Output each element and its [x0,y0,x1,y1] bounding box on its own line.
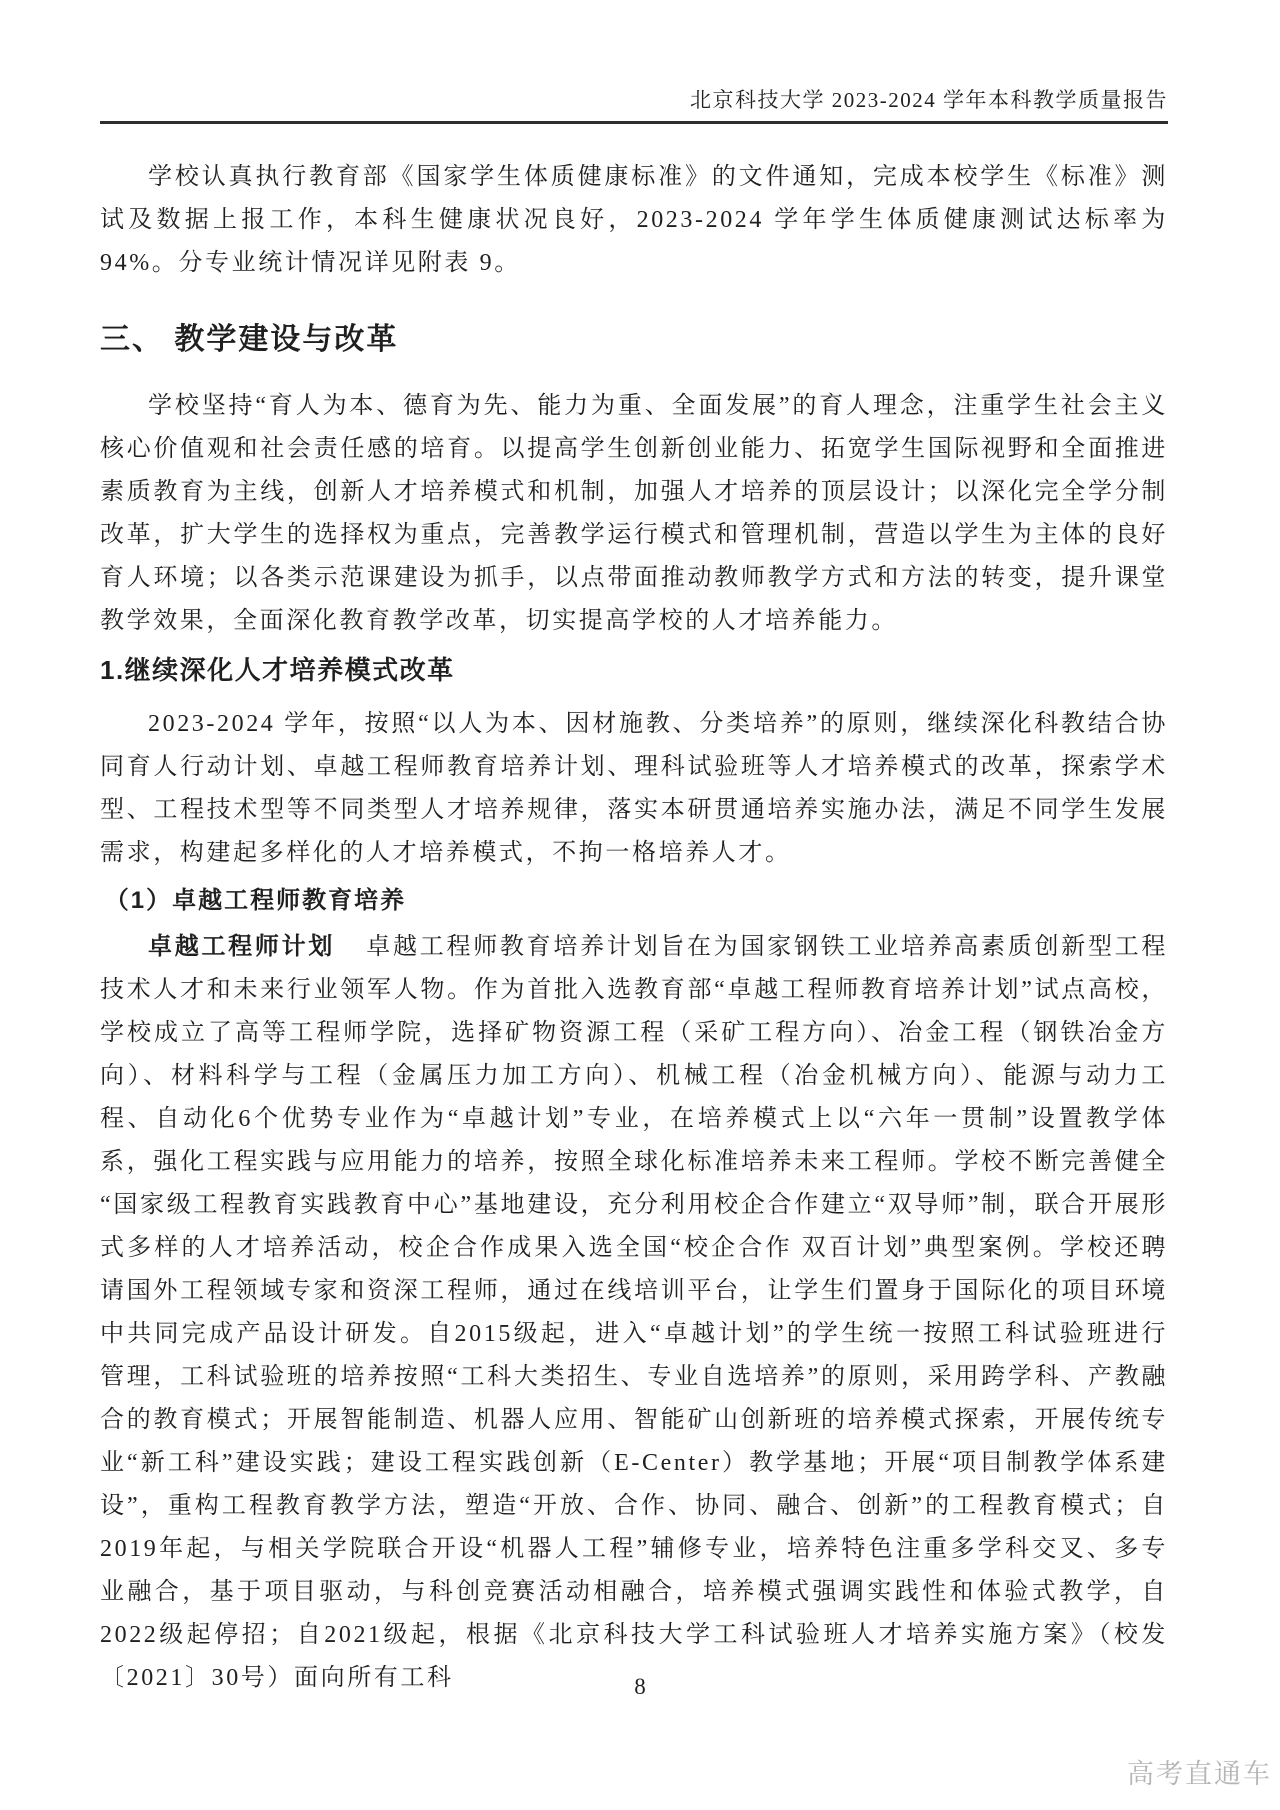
paragraph-lead-label: 卓越工程师计划 [148,933,335,960]
page-header: 北京科技大学 2023-2024 学年本科教学质量报告 [100,84,1168,124]
paragraph-talent-reform: 2023-2024 学年，按照“以人为本、因材施教、分类培养”的原则，继续深化科… [100,703,1168,875]
document-page: 北京科技大学 2023-2024 学年本科教学质量报告 学校认真执行教育部《国家… [0,0,1280,1810]
paragraph-excellence-text: 卓越工程师教育培养计划旨在为国家钢铁工业培养高素质创新型工程技术人才和未来行业领… [100,934,1168,1691]
subsection-heading: 1.继续深化人才培养模式改革 [100,651,1168,689]
watermark: 高考直通车 [1127,1758,1272,1790]
paragraph-excellence-program: 卓越工程师计划卓越工程师教育培养计划旨在为国家钢铁工业培养高素质创新型工程技术人… [100,925,1168,1700]
running-header-title: 北京科技大学 2023-2024 学年本科教学质量报告 [690,88,1168,112]
section-heading: 三、 教学建设与改革 [100,319,1168,361]
paragraph-education-philosophy: 学校坚持“育人为本、德育为先、能力为重、全面发展”的育人理念，注重学生社会主义核… [100,385,1168,643]
page-body: 学校认真执行教育部《国家学生体质健康标准》的文件通知，完成本校学生《标准》测试及… [100,130,1168,1700]
page-number: 8 [0,1674,1280,1700]
item-heading: （1）卓越工程师教育培养 [100,883,1168,919]
paragraph-health-standard: 学校认真执行教育部《国家学生体质健康标准》的文件通知，完成本校学生《标准》测试及… [100,156,1168,285]
